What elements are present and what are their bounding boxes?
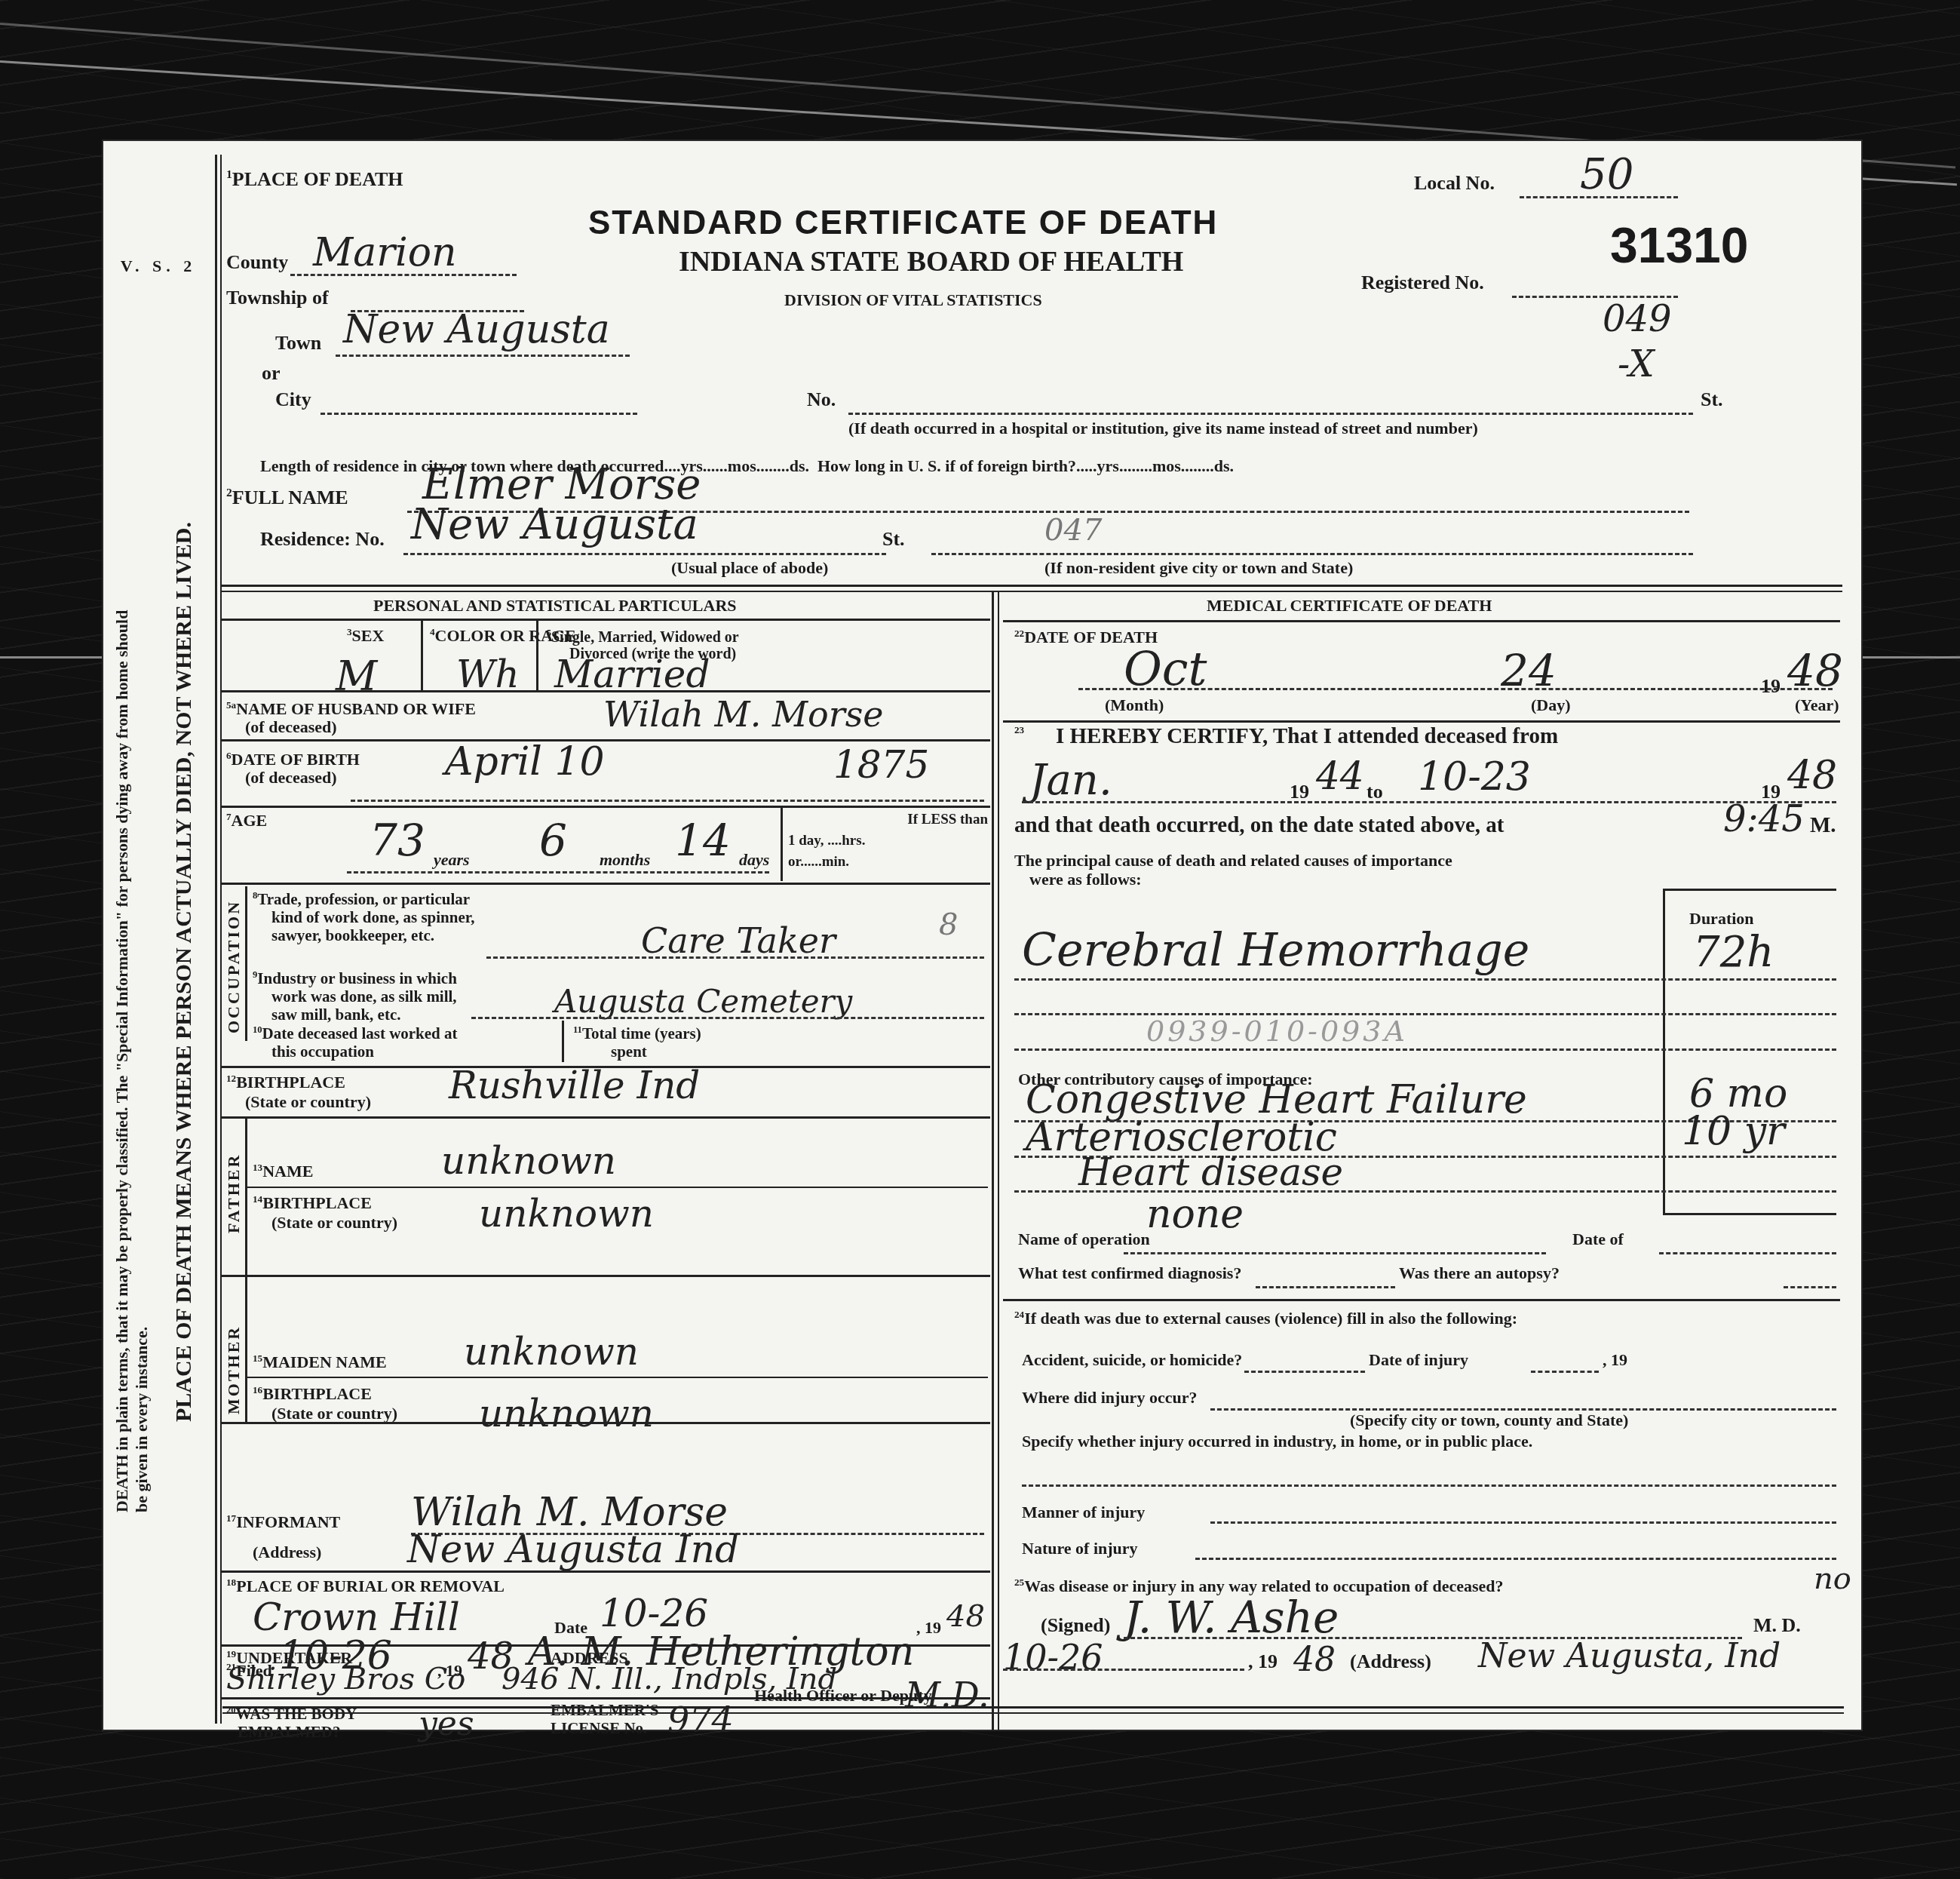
death-occurred-statement: and that death occurred, on the date sta… (1014, 813, 1505, 838)
division-name: DIVISION OF VITAL STATISTICS (784, 290, 1042, 310)
certificate-number: 31310 (1610, 216, 1749, 274)
margin-place-of-death-note: PLACE OF DEATH MEANS WHERE PERSON ACTUAL… (171, 522, 197, 1422)
signed-label: (Signed) (1041, 1614, 1110, 1637)
margin-note-1: DEATH in plain terms, that it may be pro… (112, 610, 131, 1512)
age-months: 6 (539, 815, 567, 866)
sex-value: M (336, 652, 377, 700)
spouse-label: NAME OF HUSBAND OR WIFE (236, 699, 476, 718)
age-less-than-label: If LESS than (788, 809, 988, 831)
local-no-label: Local No. (1414, 172, 1495, 195)
nonresident-note: (If non-resident give city or town and S… (1044, 558, 1353, 578)
registered-no-annotation: 049 (1603, 298, 1672, 340)
margin-instructions-2: be given in every instance. (132, 1327, 152, 1512)
attended-from-year: 44 (1316, 754, 1364, 798)
series-code: V. S. 2 (102, 256, 215, 276)
death-certificate: DEATH in plain terms, that it may be pro… (102, 140, 1863, 1731)
town-label: Town (275, 332, 321, 355)
birthplace-label: BIRTHPLACE (236, 1073, 345, 1091)
city-label: City (275, 388, 311, 411)
age-label: AGE (232, 811, 268, 830)
informant-label: INFORMANT (236, 1512, 340, 1531)
injury-place-type-label: Specify whether injury occurred in indus… (1022, 1432, 1532, 1451)
autopsy-label: Was there an autopsy? (1399, 1263, 1560, 1283)
health-officer-label: Health Officer or Deputy (754, 1686, 932, 1706)
father-name-value: unknown (441, 1139, 616, 1183)
operation-label: Name of operation (1018, 1230, 1150, 1249)
residence-annotation: 047 (1044, 513, 1102, 548)
accident-label: Accident, suicide, or homicide? (1022, 1350, 1242, 1370)
mother-side-label: MOTHER (224, 1325, 244, 1414)
trade-check-mark: 8 (939, 907, 958, 942)
time-of-death-value: 9:45 (1723, 798, 1805, 840)
signed-year-value: 48 (1293, 1641, 1336, 1679)
burial-year-value: 48 (946, 1599, 985, 1634)
film-scratch (0, 656, 106, 659)
last-worked-label: Date deceased last worked at (262, 1024, 458, 1042)
full-name-label: FULL NAME (232, 487, 348, 508)
duration-header: Duration (1689, 909, 1754, 929)
where-injury-sublabel: (Specify city or town, county and State) (1350, 1411, 1628, 1430)
operation-value: none (1146, 1192, 1244, 1237)
principal-cause-value: Cerebral Hemorrhage (1022, 924, 1529, 977)
dob-month-day: April 10 (445, 739, 605, 784)
street-no-label: No. (807, 388, 836, 411)
physician-address-label: (Address) (1350, 1650, 1431, 1673)
local-no-value: 50 (1580, 150, 1633, 199)
father-side-label: FATHER (224, 1153, 244, 1233)
marital-label: Single, Married, Widowed or (551, 629, 739, 646)
film-scratch (1863, 656, 1960, 659)
attended-to-value: 10-23 (1418, 754, 1531, 800)
physician-address-value: New Augusta, Ind (1478, 1637, 1781, 1675)
dob-year: 1875 (833, 743, 929, 787)
margin-divider (220, 155, 222, 1724)
nature-of-injury-label: Nature of injury (1022, 1539, 1138, 1558)
age-days: 14 (675, 815, 731, 866)
industry-value: Augusta Cemetery (554, 983, 852, 1020)
license-label: EMBALMER'S (551, 1701, 659, 1719)
township-label: Township of (226, 287, 329, 309)
county-label: County (226, 251, 288, 274)
certify-statement: I HEREBY CERTIFY, That I attended deceas… (1056, 724, 1558, 749)
residence-label: Residence: No. (260, 528, 385, 551)
father-birthplace-value: unknown (479, 1192, 654, 1236)
residence-street-label: St. (882, 528, 905, 551)
informant-address-value: New Augusta Ind (407, 1527, 739, 1571)
county-value: Marion (313, 230, 457, 275)
embalmed-value: yes (419, 1705, 474, 1743)
margin-note-3: PLACE OF DEATH MEANS WHERE PERSON ACTUAL… (171, 522, 196, 1422)
mother-maiden-label: MAIDEN NAME (262, 1352, 386, 1371)
residence-sublabel: (Usual place of abode) (671, 558, 828, 578)
medical-section-title: MEDICAL CERTIFICATE OF DEATH (1207, 596, 1492, 616)
birthplace-value: Rushville Ind (449, 1064, 700, 1107)
industry-label: Industry or business in which (257, 969, 457, 987)
margin-note-2: be given in every instance. (132, 1327, 151, 1512)
trade-label: Trade, profession, or particular (257, 890, 470, 908)
spouse-value: Wilah M. Morse (603, 694, 884, 735)
place-of-death-label: PLACE OF DEATH (232, 168, 403, 190)
principal-duration-value: 72h (1693, 928, 1774, 977)
occupation-related-value: no (1814, 1561, 1851, 1596)
informant-address-label: (Address) (253, 1543, 321, 1562)
registered-no-label: Registered No. (1361, 272, 1484, 294)
health-officer-signature: A. M. Hetherington (528, 1629, 914, 1675)
street-label: St. (1701, 388, 1723, 411)
father-birthplace-label: BIRTHPLACE (262, 1193, 372, 1212)
age-years: 73 (370, 815, 425, 866)
residence-value: New Augusta (411, 500, 698, 549)
filed-year-value: 48 (468, 1635, 514, 1678)
filed-date-value: 10-26 (279, 1633, 392, 1678)
or-label: or (262, 362, 281, 385)
margin-instructions: DEATH in plain terms, that it may be pro… (112, 155, 132, 1512)
margin-divider (215, 155, 217, 1724)
certificate-title: STANDARD CERTIFICATE OF DEATH (588, 204, 1218, 242)
attended-to-year: 48 (1787, 753, 1837, 798)
injury-date-label: Date of injury (1369, 1350, 1468, 1370)
attended-from-value: Jan. (1029, 756, 1112, 805)
occupation-side-label: OCCUPATION (224, 900, 244, 1033)
registered-no-annotation-2: -X (1618, 343, 1655, 385)
total-time-label: Total time (years) (582, 1024, 701, 1042)
dob-label: DATE OF BIRTH (232, 750, 360, 769)
mother-maiden-value: unknown (464, 1330, 639, 1374)
contributory-duration-2: 10 yr (1682, 1109, 1785, 1154)
operation-date-label: Date of (1572, 1230, 1624, 1249)
father-name-label: NAME (262, 1162, 313, 1181)
physician-signature: J. W. Ashe (1124, 1592, 1339, 1643)
filed-label: Filed (236, 1661, 272, 1680)
where-injury-label: Where did injury occur? (1022, 1388, 1197, 1408)
principal-cause-label: The principal cause of death and related… (1014, 851, 1452, 870)
contributory-cause-3: Heart disease (1078, 1150, 1343, 1194)
mother-birthplace-value: unknown (479, 1392, 654, 1435)
manner-of-injury-label: Manner of injury (1022, 1503, 1145, 1522)
board-name: INDIANA STATE BOARD OF HEALTH (679, 245, 1183, 278)
test-confirmed-label: What test confirmed diagnosis? (1018, 1263, 1241, 1283)
town-value: New Augusta (343, 307, 610, 352)
hospital-note: (If death occurred in a hospital or inst… (848, 419, 1478, 438)
mother-birthplace-label: BIRTHPLACE (262, 1384, 372, 1403)
external-causes-label: If death was due to external causes (vio… (1024, 1309, 1517, 1328)
sex-label: SEX (352, 626, 385, 645)
classification-stamp: 0939-010-093A (1146, 1015, 1408, 1048)
residence-length-label: Length of residence in city or town wher… (260, 456, 1234, 476)
trade-value: Care Taker (641, 920, 836, 961)
personal-section-title: PERSONAL AND STATISTICAL PARTICULARS (373, 596, 737, 616)
signed-date-value: 10-26 (1003, 1637, 1103, 1678)
burial-label: PLACE OF BURIAL OR REMOVAL (236, 1577, 505, 1595)
